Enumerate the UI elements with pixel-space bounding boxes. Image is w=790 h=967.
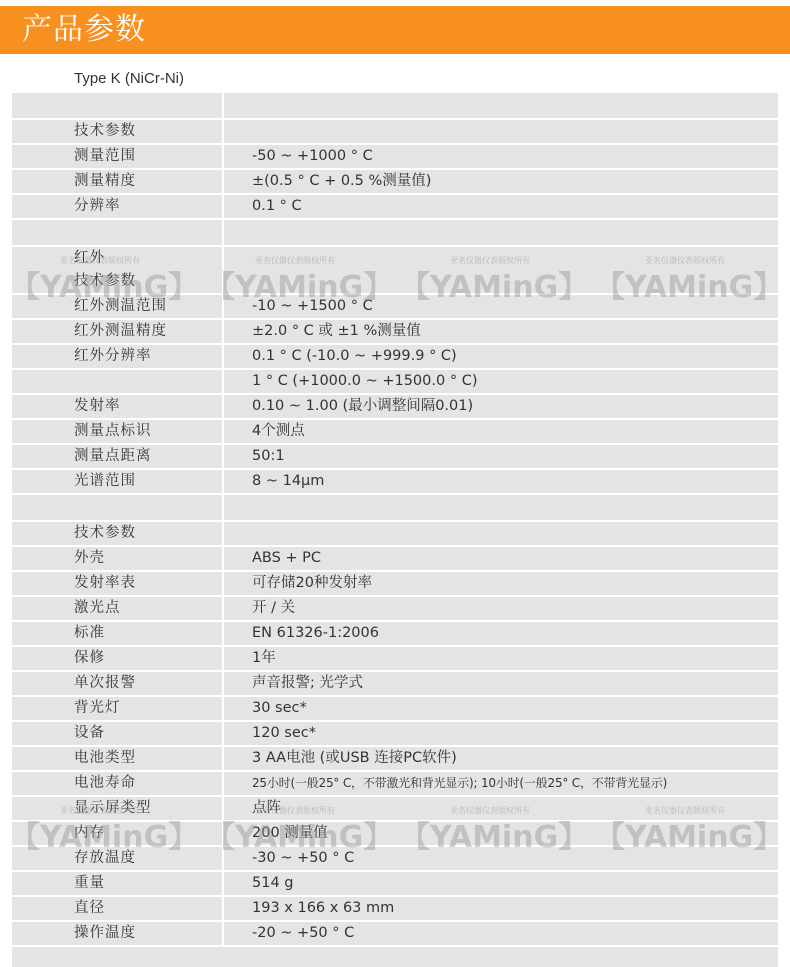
table-row: 分辨率 0.1 ° C <box>12 195 778 220</box>
table-row-section: 技术参数 <box>12 120 778 145</box>
spec-label: 标准 <box>12 622 224 645</box>
spec-value: 1 ° C (+1000.0 ~ +1500.0 ° C) <box>224 370 778 393</box>
table-row: 电池类型 3 AA电池 (或USB 连接PC软件) <box>12 747 778 772</box>
spec-value: 193 x 166 x 63 mm <box>224 897 778 920</box>
section-title: 产品参数 <box>22 10 146 50</box>
spec-label: 直径 <box>12 897 224 920</box>
table-row: 保修 1年 <box>12 647 778 672</box>
spec-value: 25小时(一般25° C，不带激光和背光显示); 10小时(一般25° C，不带… <box>224 772 778 795</box>
table-row: 显示屏类型 点阵 <box>12 797 778 822</box>
spec-value: ABS + PC <box>224 547 778 570</box>
table-row-section: 技术参数 <box>12 522 778 547</box>
table-row: 直径 193 x 166 x 63 mm <box>12 897 778 922</box>
table-row: 光谱范围 8 ~ 14μm <box>12 470 778 495</box>
section-label: 红外 技术参数 <box>12 247 224 293</box>
spec-value: EN 61326-1:2006 <box>224 622 778 645</box>
spec-label: 分辨率 <box>12 195 224 218</box>
spec-label: 测量点距离 <box>12 445 224 468</box>
spec-value: ±(0.5 ° C + 0.5 %测量值) <box>224 170 778 193</box>
spec-label: 内存 <box>12 822 224 845</box>
spec-label: 激光点 <box>12 597 224 620</box>
section-label-line1: 红外 <box>74 247 222 270</box>
spec-value <box>224 495 778 520</box>
table-row-section: 红外 技术参数 <box>12 247 778 295</box>
spec-value: 3 AA电池 (或USB 连接PC软件) <box>224 747 778 770</box>
table-row: 1 ° C (+1000.0 ~ +1500.0 ° C) <box>12 370 778 395</box>
table-row: 红外测温范围 -10 ~ +1500 ° C <box>12 295 778 320</box>
table-row: 红外测温精度 ±2.0 ° C 或 ±1 %测量值 <box>12 320 778 345</box>
table-row: 设备 120 sec* <box>12 722 778 747</box>
spec-value: 点阵 <box>224 797 778 820</box>
table-row: 存放温度 -30 ~ +50 ° C <box>12 847 778 872</box>
table-row: 测量精度 ±(0.5 ° C + 0.5 %测量值) <box>12 170 778 195</box>
spec-label: 红外测温精度 <box>12 320 224 343</box>
table-row: 标准 EN 61326-1:2006 <box>12 622 778 647</box>
spec-value <box>224 220 778 245</box>
spec-label: 显示屏类型 <box>12 797 224 820</box>
spec-label: 电池类型 <box>12 747 224 770</box>
table-row: 发射率 0.10 ~ 1.00 (最小调整间隔0.01) <box>12 395 778 420</box>
spec-value: 0.1 ° C (-10.0 ~ +999.9 ° C) <box>224 345 778 368</box>
spec-value: -10 ~ +1500 ° C <box>224 295 778 318</box>
spec-label <box>12 220 224 245</box>
table-row: 测量点标识 4个测点 <box>12 420 778 445</box>
spec-label: 保修 <box>12 647 224 670</box>
product-type-label: Type K (NiCr-Ni) <box>74 70 184 87</box>
spec-label <box>12 495 224 520</box>
spec-label: 测量范围 <box>12 145 224 168</box>
table-row: 操作温度 -20 ~ +50 ° C <box>12 922 778 947</box>
section-label: 技术参数 <box>12 522 224 545</box>
table-row-spacer <box>12 947 778 967</box>
spec-label: 操作温度 <box>12 922 224 945</box>
spec-value: 4个测点 <box>224 420 778 443</box>
spec-value: -30 ~ +50 ° C <box>224 847 778 870</box>
table-row: 背光灯 30 sec* <box>12 697 778 722</box>
section-label-line2: 技术参数 <box>74 270 222 293</box>
spec-value: 开 / 关 <box>224 597 778 620</box>
spec-label: 电池寿命 <box>12 772 224 795</box>
spec-label <box>12 93 224 118</box>
spec-value: 30 sec* <box>224 697 778 720</box>
spec-value <box>224 120 778 143</box>
spec-label <box>12 370 224 393</box>
spec-value: 0.1 ° C <box>224 195 778 218</box>
table-row: 激光点 开 / 关 <box>12 597 778 622</box>
table-row: 测量范围 -50 ~ +1000 ° C <box>12 145 778 170</box>
spec-label: 光谱范围 <box>12 470 224 493</box>
table-row: 外壳 ABS + PC <box>12 547 778 572</box>
table-row: 单次报警 声音报警; 光学式 <box>12 672 778 697</box>
spec-value: 200 测量值 <box>224 822 778 845</box>
table-row: 电池寿命 25小时(一般25° C，不带激光和背光显示); 10小时(一般25°… <box>12 772 778 797</box>
section-label: 技术参数 <box>12 120 224 143</box>
spec-label: 发射率 <box>12 395 224 418</box>
spec-label: 测量精度 <box>12 170 224 193</box>
spec-value <box>224 522 778 545</box>
spec-value: 可存储20种发射率 <box>224 572 778 595</box>
table-row-spacer <box>12 220 778 247</box>
spec-value <box>224 93 778 118</box>
spec-value: 50:1 <box>224 445 778 468</box>
spec-label: 发射率表 <box>12 572 224 595</box>
spec-label: 单次报警 <box>12 672 224 695</box>
spec-label: 测量点标识 <box>12 420 224 443</box>
spec-label: 外壳 <box>12 547 224 570</box>
table-row: 重量 514 g <box>12 872 778 897</box>
spec-label: 重量 <box>12 872 224 895</box>
spec-value: 120 sec* <box>224 722 778 745</box>
spec-value <box>224 947 778 967</box>
table-row: 测量点距离 50:1 <box>12 445 778 470</box>
spec-label: 背光灯 <box>12 697 224 720</box>
spec-value: -50 ~ +1000 ° C <box>224 145 778 168</box>
spec-label: 存放温度 <box>12 847 224 870</box>
spec-value: 8 ~ 14μm <box>224 470 778 493</box>
table-row-spacer <box>12 93 778 120</box>
spec-value: 514 g <box>224 872 778 895</box>
spec-label: 设备 <box>12 722 224 745</box>
spec-value: ±2.0 ° C 或 ±1 %测量值 <box>224 320 778 343</box>
spec-value: 声音报警; 光学式 <box>224 672 778 695</box>
table-row-spacer <box>12 495 778 522</box>
spec-label <box>12 947 224 967</box>
table-row: 内存 200 测量值 <box>12 822 778 847</box>
table-row: 发射率表 可存储20种发射率 <box>12 572 778 597</box>
spec-value: -20 ~ +50 ° C <box>224 922 778 945</box>
table-row: 红外分辨率 0.1 ° C (-10.0 ~ +999.9 ° C) <box>12 345 778 370</box>
spec-value: 1年 <box>224 647 778 670</box>
spec-value: 0.10 ~ 1.00 (最小调整间隔0.01) <box>224 395 778 418</box>
spec-label: 红外分辨率 <box>12 345 224 368</box>
spec-table: 技术参数 测量范围 -50 ~ +1000 ° C 测量精度 ±(0.5 ° C… <box>12 93 778 967</box>
spec-label: 红外测温范围 <box>12 295 224 318</box>
section-header: 产品参数 <box>0 6 790 54</box>
spec-value <box>224 247 778 270</box>
